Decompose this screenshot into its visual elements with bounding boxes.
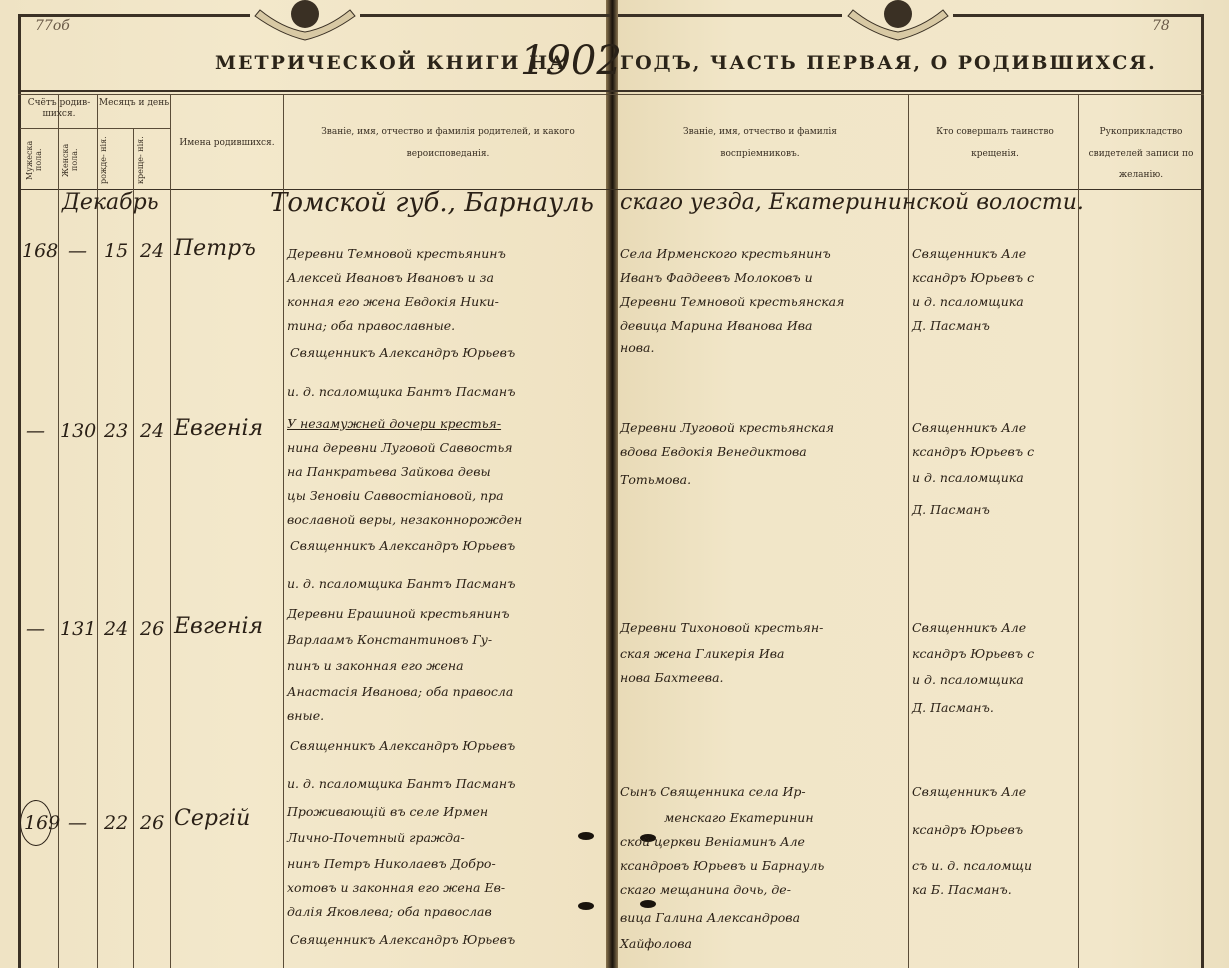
column-divider bbox=[283, 94, 284, 968]
entry-godparents-line: Деревни Темновой крестьянская bbox=[620, 294, 844, 309]
column-divider bbox=[133, 128, 134, 968]
entry-performer-line: ксандръ Юрьевъ с bbox=[912, 444, 1034, 459]
column-divider bbox=[97, 94, 98, 968]
header-baptism-day: креще- нія. bbox=[137, 134, 167, 186]
entry-performer-line: и д. псаломщика bbox=[912, 294, 1024, 309]
entry-priest-signature: Священникъ Александръ Юрьевъ bbox=[290, 738, 515, 753]
entry-female-count: — bbox=[68, 240, 87, 262]
page-number-left: 77об bbox=[35, 18, 70, 34]
entry-performer-line: ксандръ Юрьевъ с bbox=[912, 270, 1034, 285]
header-count-female: Женска пола. bbox=[62, 134, 92, 186]
entry-performer-line: Священникъ Але bbox=[912, 620, 1026, 635]
entry-baptism-day: 26 bbox=[140, 618, 164, 640]
entry-female-count: — bbox=[68, 812, 87, 834]
column-divider bbox=[58, 94, 59, 968]
month-heading: Декабрь bbox=[62, 190, 159, 215]
entry-parents-line: Анастасія Иванова; оба правосла bbox=[287, 684, 513, 699]
entry-godparents-line: нова. bbox=[620, 340, 654, 355]
entry-parents-line: вные. bbox=[287, 708, 324, 723]
entry-performer-line: Священникъ Але bbox=[912, 784, 1026, 799]
entry-godparents-line: Иванъ Фаддеевъ Молоковъ и bbox=[620, 270, 813, 285]
entry-parents-line: нинъ Петръ Николаевъ Добро- bbox=[287, 856, 496, 871]
entry-godparents-line: менскаго Екатеринин bbox=[664, 810, 814, 825]
title-right: ГОДЪ, ЧАСТЬ ПЕРВАЯ, О РОДИВШИХСЯ. bbox=[620, 52, 1157, 74]
entry-performer-line: Священникъ Але bbox=[912, 420, 1026, 435]
frame-right-rule bbox=[1201, 14, 1204, 968]
title-left: МЕТРИЧЕСКОЙ КНИГИ НА bbox=[215, 52, 567, 74]
header-birth-day: рожде- нія. bbox=[100, 134, 130, 186]
location-heading-right: скаго уезда, Екатерининской волости. bbox=[620, 190, 1084, 215]
header-performer: Кто совершалъ таинство крещенія. bbox=[925, 122, 1065, 165]
header-godparents: Званіе, имя, отчество и фамилія воспріем… bbox=[660, 122, 860, 165]
entry-parents-line: Варлаамъ Константиновъ Гу- bbox=[287, 632, 492, 647]
entry-male-count: 168 bbox=[22, 240, 58, 262]
entry-psalmist-signature: и. д. псаломщика Бантъ Пасманъ bbox=[287, 384, 515, 399]
entry-child-name: Петръ bbox=[174, 236, 256, 261]
entry-parents-line: хотовъ и законная его жена Ев- bbox=[287, 880, 505, 895]
subheader-rule bbox=[20, 128, 170, 129]
frame-top-rule bbox=[18, 14, 250, 17]
entry-psalmist-signature: и. д. псаломщика Бантъ Пасманъ bbox=[287, 776, 515, 791]
entry-godparents-line: девица Марина Иванова Ива bbox=[620, 318, 812, 333]
header-month-group: Месяцъ и день bbox=[98, 98, 170, 109]
entry-performer-line: съ и. д. псаломщи bbox=[912, 858, 1032, 873]
double-headed-eagle-emblem-right bbox=[843, 0, 953, 44]
header-count-group: Счётъ родив- шихся. bbox=[22, 98, 96, 121]
entry-godparents-line: нова Бахтеева. bbox=[620, 670, 724, 685]
entry-birth-day: 23 bbox=[104, 420, 128, 442]
entry-parents-line: нина деревни Луговой Саввостья bbox=[287, 440, 513, 455]
page-number-right: 78 bbox=[1152, 18, 1170, 34]
entry-baptism-day: 26 bbox=[140, 812, 164, 834]
ink-blot bbox=[578, 832, 594, 840]
year-handwritten: 1902 bbox=[520, 38, 622, 84]
entry-female-count: 130 bbox=[60, 420, 96, 442]
entry-godparents-line: скаго мещанина дочь, де- bbox=[620, 882, 791, 897]
entry-godparents-line: Деревни Тихоновой крестьян- bbox=[620, 620, 823, 635]
column-divider bbox=[170, 94, 171, 968]
header-parents: Званіе, имя, отчество и фамилія родителе… bbox=[290, 122, 606, 165]
entry-godparents-line: вица Галина Александрова bbox=[620, 910, 800, 925]
entry-performer-line: Д. Пасманъ. bbox=[912, 700, 994, 715]
entry-performer-line: Д. Пасманъ bbox=[912, 502, 990, 517]
entry-priest-signature: Священникъ Александръ Юрьевъ bbox=[290, 538, 515, 553]
column-divider bbox=[908, 94, 909, 968]
entry-child-name: Сергій bbox=[174, 806, 250, 831]
column-divider bbox=[1078, 94, 1079, 968]
entry-priest-signature: Священникъ Александръ Юрьевъ bbox=[290, 932, 515, 947]
entry-parents-line: Алексей Ивановъ Ивановъ и за bbox=[287, 270, 494, 285]
header-count-male: Мужеска пола. bbox=[26, 134, 54, 186]
entry-male-count: 169 bbox=[24, 812, 60, 834]
frame-top-rule bbox=[618, 14, 842, 17]
frame-top-rule bbox=[953, 14, 1203, 17]
entry-parents-line: вославной веры, незаконнорожден bbox=[287, 512, 522, 527]
entry-birth-day: 24 bbox=[104, 618, 128, 640]
entry-psalmist-signature: и. д. псаломщика Бантъ Пасманъ bbox=[287, 576, 515, 591]
entry-parents-line: конная его жена Евдокія Ники- bbox=[287, 294, 499, 309]
header-witnesses: Рукоприкладство свидетелей записи по жел… bbox=[1082, 122, 1200, 187]
entry-male-count: — bbox=[26, 618, 45, 640]
entry-parents-line: Деревни Темновой крестьянинъ bbox=[287, 246, 506, 261]
header-top-rule bbox=[18, 90, 1204, 92]
ink-blot bbox=[578, 902, 594, 910]
entry-performer-line: ксандръ Юрьевъ bbox=[912, 822, 1023, 837]
entry-parents-line: на Панкратьева Зайкова девы bbox=[287, 464, 491, 479]
entry-godparents-line: вдова Евдокія Венедиктова bbox=[620, 444, 807, 459]
entry-parents-line: тина; оба православные. bbox=[287, 318, 455, 333]
entry-parents-line: Деревни Ерашиной крестьянинъ bbox=[287, 606, 509, 621]
entry-performer-line: Д. Пасманъ bbox=[912, 318, 990, 333]
entry-child-name: Евгенія bbox=[174, 614, 263, 639]
double-headed-eagle-emblem-left bbox=[250, 0, 360, 44]
entry-godparents-line: ская жена Гликерія Ива bbox=[620, 646, 784, 661]
entry-godparents-line: ской церкви Веніаминъ Але bbox=[620, 834, 805, 849]
entry-performer-line: и д. псаломщика bbox=[912, 470, 1024, 485]
frame-top-rule bbox=[360, 14, 610, 17]
entry-male-count: — bbox=[26, 420, 45, 442]
entry-performer-line: и д. псаломщика bbox=[912, 672, 1024, 687]
entry-performer-line: ка Б. Пасманъ. bbox=[912, 882, 1012, 897]
entry-parents-line: Проживающій въ селе Ирмен bbox=[287, 804, 488, 819]
book-spine bbox=[606, 0, 618, 968]
entry-parents-line: Лично-Почетный граждa- bbox=[287, 830, 465, 845]
entry-baptism-day: 24 bbox=[140, 420, 164, 442]
entry-parents-line: далія Яковлева; оба православ bbox=[287, 904, 492, 919]
entry-birth-day: 15 bbox=[104, 240, 128, 262]
header-top-rule-thin bbox=[18, 94, 1204, 95]
entry-baptism-day: 24 bbox=[140, 240, 164, 262]
location-heading-left: Томской губ., Барнауль bbox=[270, 188, 594, 218]
entry-female-count: 131 bbox=[60, 618, 96, 640]
entry-performer-line: ксандръ Юрьевъ с bbox=[912, 646, 1034, 661]
entry-godparents-line: Села Ирменского крестьянинъ bbox=[620, 246, 831, 261]
entry-child-name: Евгенія bbox=[174, 416, 263, 441]
entry-parents-line: пинъ и законная его жена bbox=[287, 658, 464, 673]
entry-birth-day: 22 bbox=[104, 812, 128, 834]
entry-godparents-line: Хайфолова bbox=[620, 936, 692, 951]
entry-godparents-line: Сынъ Священника села Ир- bbox=[620, 784, 806, 799]
header-names: Имена родившихся. bbox=[172, 138, 282, 149]
entry-godparents-line: ксандровъ Юрьевъ и Барнауль bbox=[620, 858, 824, 873]
entry-priest-signature: Священникъ Александръ Юрьевъ bbox=[290, 345, 515, 360]
entry-godparents-line: Деревни Луговой крестьянская bbox=[620, 420, 834, 435]
ink-blot bbox=[640, 900, 656, 908]
entry-performer-line: Священникъ Але bbox=[912, 246, 1026, 261]
entry-parents-line: У незамужней дочери крестья- bbox=[287, 416, 501, 431]
entry-parents-line: цы Зеновіи Саввостіановой, пра bbox=[287, 488, 504, 503]
entry-godparents-line: Тотьмова. bbox=[620, 472, 691, 487]
